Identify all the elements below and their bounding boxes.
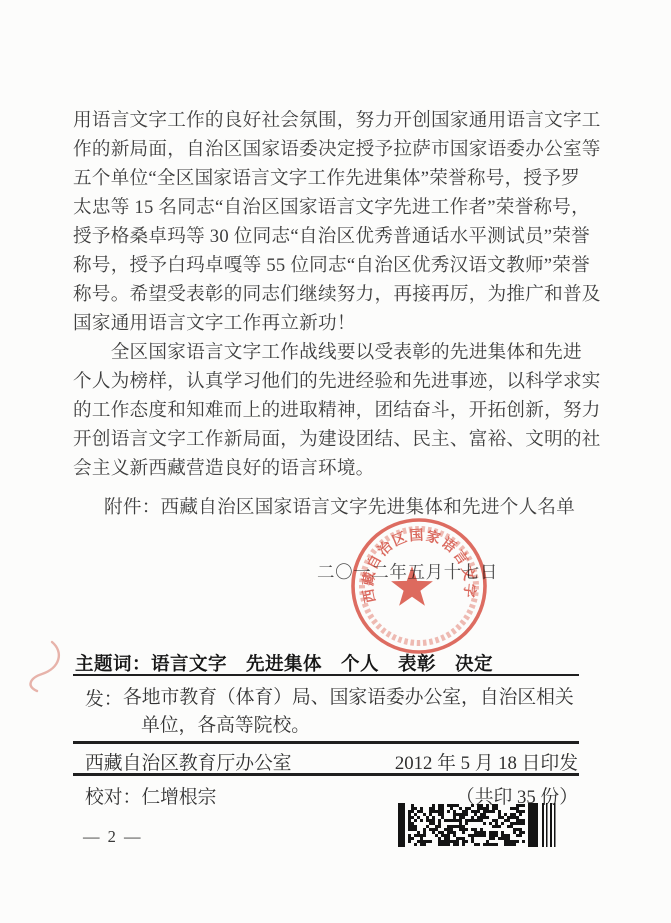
official-seal-graphic: 西藏自治区国家语言文字工作委员会 (349, 516, 489, 656)
attachment-note: 附件：西藏自治区国家语言文字先进集体和先进个人名单 (104, 493, 575, 519)
distribution-line-1: 各地市教育（体育）局、国家语委办公室，自治区相关 (123, 684, 593, 712)
barcode-graphic (398, 803, 558, 847)
text-line: 作的新局面，自治区国家语委决定授予拉萨市国家语委办公室等 (73, 135, 583, 164)
text-line: 的工作态度和知难而上的进取精神，团结奋斗，开拓创新，努力 (73, 396, 583, 425)
text-line: 太忠等 15 名同志“自治区国家语言文字先进工作者”荣誉称号， (73, 193, 583, 222)
text-line: 全区国家语言文字工作战线要以受表彰的先进集体和先进 (73, 338, 583, 367)
text-line: 国家通用语言文字工作再立新功！ (73, 309, 583, 338)
print-date: 2012 年 5 月 18 日印发 (395, 748, 578, 775)
document-body: 用语言文字工作的良好社会氛围，努力开创国家通用语言文字工作的新局面，自治区国家语… (73, 106, 583, 483)
page-number: — 2 — (83, 827, 143, 847)
distribution-line-2: 单位，各高等院校。 (123, 712, 593, 740)
text-line: 会主义新西藏营造良好的语言环境。 (73, 454, 583, 483)
text-line: 授予格桑卓玛等 30 位同志“自治区优秀普通话水平测试员”荣誉 (73, 222, 583, 251)
distribution-list: 各地市教育（体育）局、国家语委办公室，自治区相关 单位，各高等院校。 (123, 684, 593, 740)
official-seal: 西藏自治区国家语言文字工作委员会 (349, 516, 489, 656)
text-line: 称号。希望受表彰的同志们继续努力，再接再厉，为推广和普及 (73, 280, 583, 309)
distribution-label: 发： (85, 684, 123, 711)
barcode-left-guard (398, 803, 405, 847)
barcode-noise-matrix (408, 804, 525, 846)
scanned-document-page: 用语言文字工作的良好社会氛围，努力开创国家通用语言文字工作的新局面，自治区国家语… (0, 0, 671, 923)
text-line: 个人为榜样，认真学习他们的先进经验和先进事迹，以科学求实 (73, 367, 583, 396)
issuing-office: 西藏自治区教育厅办公室 (85, 748, 292, 775)
separator-line-2 (73, 741, 579, 744)
separator-line-1 (73, 674, 579, 676)
seal-star-icon (391, 566, 433, 606)
stray-ink-mark (24, 638, 64, 698)
paragraph-continuation: 用语言文字工作的良好社会氛围，努力开创国家通用语言文字工作的新局面，自治区国家语… (73, 106, 583, 338)
proofreader: 校对：仁增根宗 (85, 782, 216, 809)
text-line: 开创语言文字工作新局面，为建设团结、民主、富裕、文明的社 (73, 425, 583, 454)
text-line: 五个单位“全区国家语言文字工作先进集体”荣誉称号，授予罗 (73, 164, 583, 193)
text-line: 用语言文字工作的良好社会氛围，努力开创国家通用语言文字工 (73, 106, 583, 135)
barcode (398, 803, 558, 847)
text-line: 称号，授予白玛卓嘎等 55 位同志“自治区优秀汉语文教师”荣誉 (73, 251, 583, 280)
separator-line-3 (73, 773, 579, 776)
paragraph-2: 全区国家语言文字工作战线要以受表彰的先进集体和先进个人为榜样，认真学习他们的先进… (73, 338, 583, 483)
barcode-right-guard (528, 803, 538, 847)
